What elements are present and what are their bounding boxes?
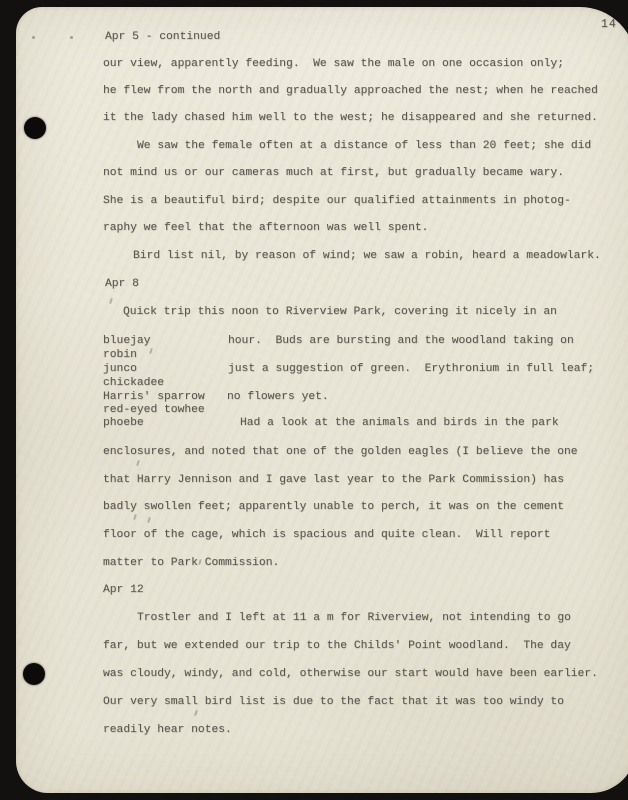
pencil-tick — [133, 514, 137, 520]
text-line: matter to Park Commission. — [103, 557, 279, 570]
pencil-tick — [136, 460, 140, 466]
pencil-tick — [149, 348, 153, 354]
text-line: our view, apparently feeding. We saw the… — [103, 58, 564, 71]
date-heading-apr-12: Apr 12 — [103, 584, 144, 597]
text-line: She is a beautiful bird; despite our qua… — [103, 195, 571, 208]
text-line: Our very small bird list is due to the f… — [103, 696, 564, 709]
text-line: raphy we feel that the afternoon was wel… — [103, 222, 428, 235]
pencil-tick — [147, 517, 151, 523]
text-line: just a suggestion of green. Erythronium … — [228, 363, 594, 376]
text-line: not mind us or our cameras much at first… — [103, 167, 564, 180]
text-line: was cloudy, windy, and cold, otherwise o… — [103, 668, 598, 681]
bird-list-item: Harris' sparrow — [103, 391, 205, 404]
journal-page: 14 Apr 5 - continuedour view, apparently… — [16, 7, 628, 793]
pencil-dot — [70, 36, 73, 39]
text-line: floor of the cage, which is spacious and… — [103, 529, 550, 542]
date-heading-apr-5: Apr 5 - continued — [105, 31, 220, 44]
pencil-tick — [109, 298, 113, 304]
page-number: 14 — [601, 18, 617, 31]
hole-punch — [23, 663, 45, 685]
text-line: readily hear notes. — [103, 724, 232, 737]
text-line: badly swollen feet; apparently unable to… — [103, 501, 564, 514]
text-line: We saw the female often at a distance of… — [137, 140, 591, 153]
text-line: hour. Buds are bursting and the woodland… — [228, 335, 574, 348]
text-line: no flowers yet. — [227, 391, 329, 404]
date-heading-apr-8: Apr 8 — [105, 278, 139, 291]
bird-list-item: chickadee — [103, 377, 164, 390]
text-line: enclosures, and noted that one of the go… — [103, 446, 578, 459]
text-line: far, but we extended our trip to the Chi… — [103, 640, 571, 653]
text-line: Trostler and I left at 11 a m for Riverv… — [137, 612, 571, 625]
pencil-dot — [32, 36, 35, 39]
scan-background: 14 Apr 5 - continuedour view, apparently… — [0, 0, 628, 800]
text-line: it the lady chased him well to the west;… — [103, 112, 598, 125]
text-line: he flew from the north and gradually app… — [103, 85, 598, 98]
bird-list-item: junco — [103, 363, 137, 376]
text-line: that Harry Jennison and I gave last year… — [103, 474, 564, 487]
text-line: Quick trip this noon to Riverview Park, … — [123, 306, 557, 319]
bird-list-item: robin — [103, 349, 137, 362]
bird-list-item: red-eyed towhee — [103, 404, 205, 417]
pencil-tick — [194, 710, 198, 716]
text-line: Bird list nil, by reason of wind; we saw… — [133, 250, 601, 263]
text-line: Had a look at the animals and birds in t… — [240, 417, 559, 430]
hole-punch — [24, 117, 46, 139]
bird-list-item: phoebe — [103, 417, 144, 430]
bird-list-item: bluejay — [103, 335, 150, 348]
